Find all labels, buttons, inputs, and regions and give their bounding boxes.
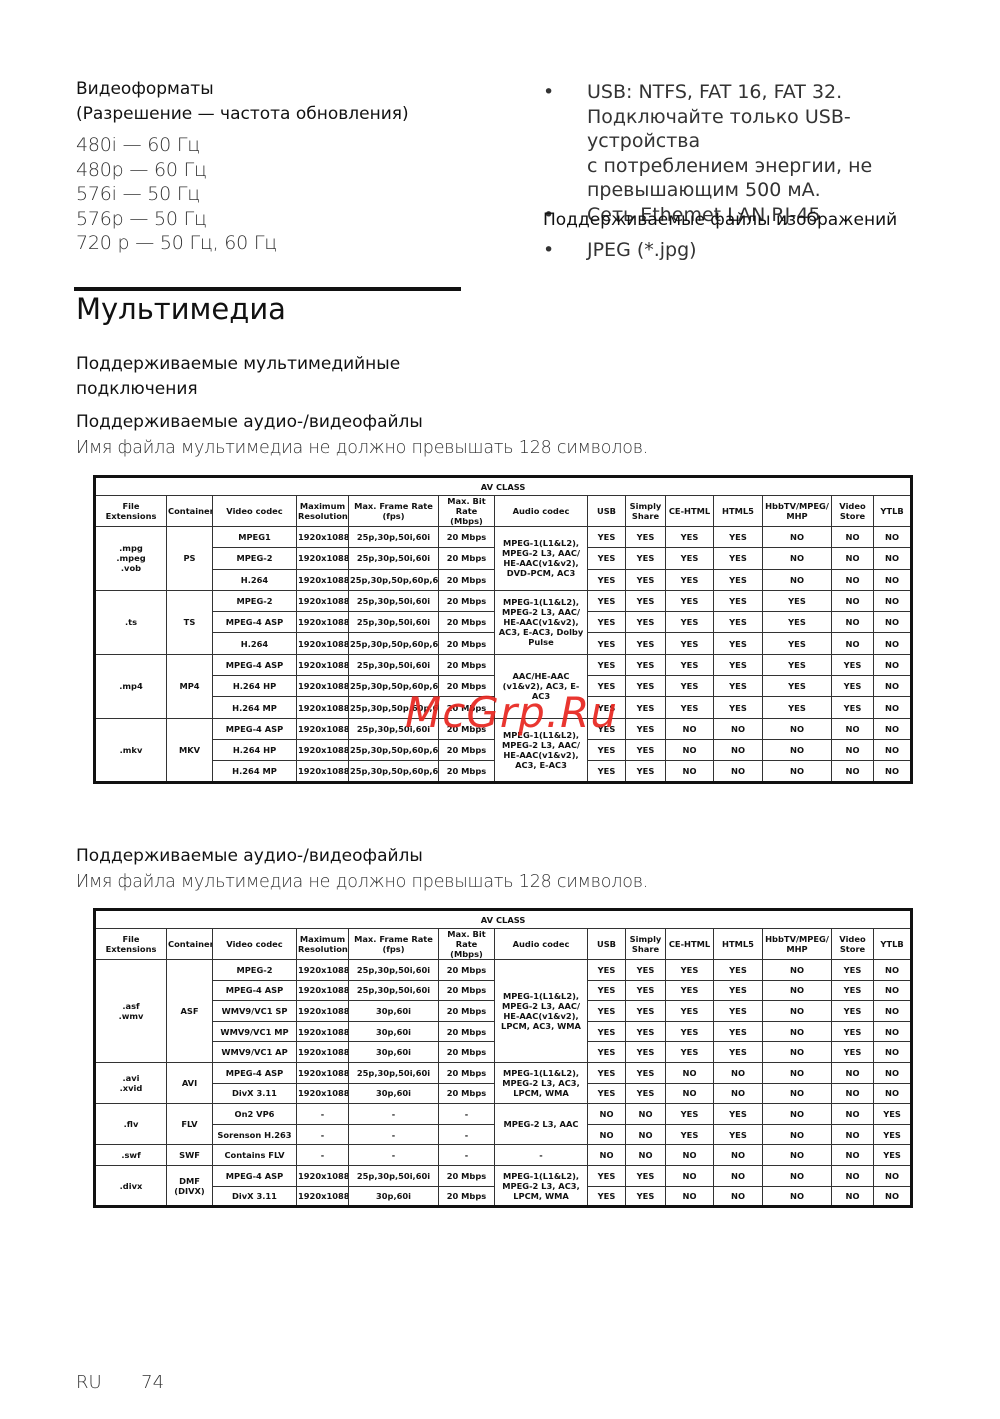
cell: MPEG-2 <box>213 548 297 569</box>
support-cell: YES <box>666 527 714 548</box>
cell: 20 Mbps <box>439 761 495 782</box>
cell: 30p,60i <box>349 1021 439 1042</box>
support-cell: NO <box>763 761 832 782</box>
support-cell: YES <box>588 590 626 611</box>
audio-codec-cell: MPEG-1(L1&L2), MPEG-2 L3, AC3, LPCM, WMA <box>495 1062 588 1103</box>
support-cell: NO <box>874 676 912 697</box>
support-cell: NO <box>714 761 763 782</box>
support-cell: YES <box>588 761 626 782</box>
bullet-line: превышающим 500 мА. <box>587 178 963 203</box>
support-cell: NO <box>763 569 832 590</box>
cell: - <box>349 1104 439 1125</box>
support-cell: YES <box>626 980 666 1001</box>
support-cell: NO <box>588 1145 626 1166</box>
support-cell: YES <box>588 633 626 654</box>
support-cell: NO <box>763 1186 832 1207</box>
support-cell: YES <box>626 548 666 569</box>
support-cell: NO <box>763 548 832 569</box>
support-cell: YES <box>714 1104 763 1125</box>
column-header: Container <box>167 496 213 527</box>
heading-line: Видеоформаты <box>76 77 409 102</box>
cell: - <box>439 1104 495 1125</box>
column-header: Video Store <box>832 929 874 960</box>
support-cell: YES <box>874 1145 912 1166</box>
support-cell: NO <box>666 761 714 782</box>
cell: - <box>439 1124 495 1145</box>
support-cell: NO <box>666 1145 714 1166</box>
cell: MPEG-2 <box>213 960 297 981</box>
cell: MPEG-4 ASP <box>213 654 297 675</box>
cell: 25p,30p,50p,60p,60i <box>349 569 439 590</box>
support-cell: NO <box>714 1083 763 1104</box>
support-cell: NO <box>832 1104 874 1125</box>
support-cell: NO <box>666 739 714 760</box>
container-cell: TS <box>167 590 213 654</box>
support-cell: NO <box>874 1021 912 1042</box>
cell: - <box>349 1124 439 1145</box>
cell: 25p,30p,50i,60i <box>349 612 439 633</box>
cell: 1920x1088 <box>297 654 349 675</box>
support-cell: YES <box>626 697 666 718</box>
support-cell: YES <box>714 633 763 654</box>
column-header: File Extensions <box>95 929 167 960</box>
cell: 20 Mbps <box>439 1042 495 1063</box>
support-cell: NO <box>874 1186 912 1207</box>
cell: MPEG-2 <box>213 590 297 611</box>
bullet-item-jpeg: • JPEG (*.jpg) <box>543 238 963 263</box>
cell: 1920x1088 <box>297 527 349 548</box>
cell: 20 Mbps <box>439 612 495 633</box>
cell: 20 Mbps <box>439 960 495 981</box>
cell: 1920x1088 <box>297 1042 349 1063</box>
cell: 20 Mbps <box>439 1186 495 1207</box>
footer-lang: RU <box>76 1372 102 1393</box>
support-cell: NO <box>874 1083 912 1104</box>
support-cell: YES <box>588 739 626 760</box>
audio-codec-cell: MPEG-2 L3, AAC <box>495 1104 588 1145</box>
image-files-heading: Поддерживаемые файлы изображений <box>543 208 897 233</box>
file-extension-cell: .avi.xvid <box>95 1062 167 1103</box>
av-table-1: AV CLASSFile ExtensionsContainerVideo co… <box>93 475 913 784</box>
audio-codec-cell: MPEG-1(L1&L2), MPEG-2 L3, AAC/ HE-AAC(v1… <box>495 527 588 591</box>
column-header: Audio codec <box>495 496 588 527</box>
cell: 1920x1088 <box>297 1021 349 1042</box>
audio-codec-cell: MPEG-1(L1&L2), MPEG-2 L3, AAC/ HE-AAC(v1… <box>495 590 588 654</box>
support-cell: YES <box>874 1124 912 1145</box>
column-header: Max. Bit Rate (Mbps) <box>439 496 495 527</box>
heading-line: (Разрешение — частота обновления) <box>76 102 409 127</box>
support-cell: YES <box>588 960 626 981</box>
support-cell: YES <box>714 527 763 548</box>
support-cell: YES <box>714 1001 763 1022</box>
column-header: Maximum Resolution <box>297 929 349 960</box>
support-cell: YES <box>832 676 874 697</box>
column-header-row: File ExtensionsContainerVideo codecMaxim… <box>95 496 912 527</box>
support-cell: YES <box>626 1083 666 1104</box>
cell: Contains FLV <box>213 1145 297 1166</box>
cell: 25p,30p,50i,60i <box>349 960 439 981</box>
container-cell: PS <box>167 527 213 591</box>
cell: Sorenson H.263 <box>213 1124 297 1145</box>
support-cell: YES <box>588 980 626 1001</box>
av-class-row: AV CLASS <box>95 910 912 929</box>
support-cell: YES <box>763 654 832 675</box>
bullet-line: с потреблением энергии, не <box>587 154 963 179</box>
support-cell: YES <box>588 527 626 548</box>
file-extension-cell: .mpg.mpeg.vob <box>95 527 167 591</box>
cell: 1920x1088 <box>297 697 349 718</box>
support-cell: NO <box>832 548 874 569</box>
support-cell: YES <box>588 548 626 569</box>
table-row: .avi.xvidAVIMPEG-4 ASP1920x108825p,30p,5… <box>95 1062 912 1083</box>
table-row: .mpg.mpeg.vobPSMPEG11920x108825p,30p,50i… <box>95 527 912 548</box>
cell: H.264 <box>213 569 297 590</box>
heading-line: подключения <box>76 377 400 402</box>
table-row: .asf.wmvASFMPEG-21920x108825p,30p,50i,60… <box>95 960 912 981</box>
audio-codec-cell: MPEG-1(L1&L2), MPEG-2 L3, AC3, LPCM, WMA <box>495 1165 588 1206</box>
cell: WMV9/VC1 MP <box>213 1021 297 1042</box>
support-cell: NO <box>832 1124 874 1145</box>
cell: 20 Mbps <box>439 1021 495 1042</box>
support-cell: NO <box>763 1165 832 1186</box>
table-row: .divxDMF(DIVX)MPEG-4 ASP1920x108825p,30p… <box>95 1165 912 1186</box>
support-cell: NO <box>832 1062 874 1083</box>
support-cell: NO <box>626 1104 666 1125</box>
support-cell: NO <box>874 569 912 590</box>
audio-codec-cell: MPEG-1(L1&L2), MPEG-2 L3, AAC/ HE-AAC(v1… <box>495 960 588 1063</box>
support-cell: NO <box>832 1145 874 1166</box>
support-cell: YES <box>763 612 832 633</box>
support-cell: YES <box>763 676 832 697</box>
support-cell: NO <box>874 980 912 1001</box>
support-cell: NO <box>874 739 912 760</box>
footer-page-number: 74 <box>141 1372 164 1393</box>
column-header: YTLB <box>874 496 912 527</box>
cell: 20 Mbps <box>439 1001 495 1022</box>
table-row: .flvFLVOn2 VP6---MPEG-2 L3, AACNONOYESYE… <box>95 1104 912 1125</box>
support-cell: YES <box>626 590 666 611</box>
cell: 1920x1088 <box>297 960 349 981</box>
usb-bullet-list: • USB: NTFS, FAT 16, FAT 32. Подключайте… <box>543 80 963 227</box>
support-cell: NO <box>714 1062 763 1083</box>
bullet-item-usb: • USB: NTFS, FAT 16, FAT 32. Подключайте… <box>543 80 963 203</box>
support-cell: NO <box>763 1104 832 1125</box>
cell: 20 Mbps <box>439 548 495 569</box>
column-header: Maximum Resolution <box>297 496 349 527</box>
support-cell: NO <box>832 1186 874 1207</box>
file-extension-cell: .mkv <box>95 718 167 782</box>
cell: 1920x1088 <box>297 1001 349 1022</box>
cell: 25p,30p,50p,60p,60i <box>349 739 439 760</box>
support-cell: NO <box>763 527 832 548</box>
cell: 20 Mbps <box>439 527 495 548</box>
support-cell: YES <box>714 960 763 981</box>
support-cell: NO <box>874 697 912 718</box>
support-cell: NO <box>714 1165 763 1186</box>
support-cell: NO <box>666 1062 714 1083</box>
support-cell: NO <box>763 718 832 739</box>
cell: 1920x1088 <box>297 548 349 569</box>
support-cell: NO <box>874 960 912 981</box>
column-header: HbbTV/MPEG/ MHP <box>763 929 832 960</box>
column-header: Video codec <box>213 929 297 960</box>
support-cell: YES <box>588 654 626 675</box>
bullet-line: JPEG (*.jpg) <box>587 238 963 263</box>
support-cell: YES <box>626 633 666 654</box>
column-header: Audio codec <box>495 929 588 960</box>
column-header: Video codec <box>213 496 297 527</box>
bullet-icon: • <box>543 238 554 263</box>
cell: 1920x1088 <box>297 676 349 697</box>
file-extension-cell: .mp4 <box>95 654 167 718</box>
support-cell: NO <box>714 1186 763 1207</box>
section-title: Мультимедиа <box>76 292 286 326</box>
video-format-item: 576i — 50 Гц <box>76 182 277 207</box>
av-files-heading-1: Поддерживаемые аудио-/видеофайлы <box>76 410 423 435</box>
cell: 1920x1088 <box>297 633 349 654</box>
support-cell: YES <box>666 612 714 633</box>
support-cell: YES <box>763 590 832 611</box>
support-cell: YES <box>626 1001 666 1022</box>
cell: 25p,30p,50p,60p,60i <box>349 761 439 782</box>
cell: 25p,30p,50p,60p,60i <box>349 633 439 654</box>
file-extension-cell: .swf <box>95 1145 167 1166</box>
support-cell: NO <box>763 1145 832 1166</box>
support-cell: NO <box>874 761 912 782</box>
support-cell: YES <box>588 1186 626 1207</box>
column-header: Video Store <box>832 496 874 527</box>
cell: 25p,30p,50i,60i <box>349 1165 439 1186</box>
support-cell: YES <box>714 676 763 697</box>
support-cell: NO <box>714 718 763 739</box>
support-cell: NO <box>763 1083 832 1104</box>
support-cell: NO <box>832 590 874 611</box>
av-class-row: AV CLASS <box>95 477 912 496</box>
support-cell: YES <box>626 1186 666 1207</box>
support-cell: YES <box>588 1001 626 1022</box>
cell: 30p,60i <box>349 1001 439 1022</box>
file-extension-cell: .flv <box>95 1104 167 1145</box>
support-cell: YES <box>626 612 666 633</box>
support-cell: YES <box>666 980 714 1001</box>
support-cell: NO <box>763 1124 832 1145</box>
file-extension-cell: .asf.wmv <box>95 960 167 1063</box>
cell: 20 Mbps <box>439 980 495 1001</box>
column-header: CE-HTML <box>666 929 714 960</box>
support-cell: YES <box>763 697 832 718</box>
support-cell: NO <box>763 1062 832 1083</box>
support-cell: YES <box>666 1001 714 1022</box>
support-cell: NO <box>874 1165 912 1186</box>
cell: 25p,30p,50i,60i <box>349 527 439 548</box>
support-cell: YES <box>666 676 714 697</box>
support-cell: YES <box>832 1042 874 1063</box>
bullet-line: Подключайте только USB-устройства <box>587 105 963 154</box>
support-cell: NO <box>874 590 912 611</box>
support-cell: YES <box>714 612 763 633</box>
av-class-header: AV CLASS <box>95 477 912 496</box>
support-cell: YES <box>714 569 763 590</box>
support-cell: YES <box>626 960 666 981</box>
support-cell: YES <box>626 654 666 675</box>
cell: 20 Mbps <box>439 569 495 590</box>
support-cell: YES <box>714 590 763 611</box>
column-header: CE-HTML <box>666 496 714 527</box>
support-cell: YES <box>714 980 763 1001</box>
av-table-2: AV CLASSFile ExtensionsContainerVideo co… <box>93 908 913 1208</box>
av-files-note-1: Имя файла мультимедиа не должно превышат… <box>76 436 648 461</box>
file-extension-cell: .divx <box>95 1165 167 1206</box>
support-cell: YES <box>588 612 626 633</box>
support-cell: YES <box>832 960 874 981</box>
column-header-row: File ExtensionsContainerVideo codecMaxim… <box>95 929 912 960</box>
support-cell: NO <box>832 569 874 590</box>
column-header: YTLB <box>874 929 912 960</box>
support-cell: YES <box>666 1021 714 1042</box>
support-cell: NO <box>666 1165 714 1186</box>
cell: - <box>349 1145 439 1166</box>
video-formats-heading: Видеоформаты (Разрешение — частота обнов… <box>76 77 409 127</box>
support-cell: YES <box>666 960 714 981</box>
support-cell: NO <box>874 1042 912 1063</box>
support-cell: YES <box>588 569 626 590</box>
cell: On2 VP6 <box>213 1104 297 1125</box>
support-cell: YES <box>714 697 763 718</box>
section-rule <box>74 287 461 291</box>
support-cell: YES <box>763 633 832 654</box>
cell: WMV9/VC1 AP <box>213 1042 297 1063</box>
column-header: USB <box>588 929 626 960</box>
support-cell: YES <box>666 1042 714 1063</box>
av-files-heading-2: Поддерживаемые аудио-/видеофайлы <box>76 844 423 869</box>
column-header: Simply Share <box>626 929 666 960</box>
support-cell: YES <box>626 1165 666 1186</box>
column-header: HTML5 <box>714 929 763 960</box>
container-cell: DMF(DIVX) <box>167 1165 213 1206</box>
support-cell: YES <box>626 761 666 782</box>
connections-heading: Поддерживаемые мультимедийные подключени… <box>76 352 400 402</box>
column-header: Container <box>167 929 213 960</box>
cell: 25p,30p,50i,60i <box>349 548 439 569</box>
container-cell: MP4 <box>167 654 213 718</box>
support-cell: YES <box>626 527 666 548</box>
cell: 1920x1088 <box>297 569 349 590</box>
container-cell: ASF <box>167 960 213 1063</box>
table-row: .swfSWFContains FLV----NONONONONONOYES <box>95 1145 912 1166</box>
support-cell: YES <box>874 1104 912 1125</box>
support-cell: YES <box>626 739 666 760</box>
support-cell: NO <box>832 718 874 739</box>
cell: H.264 <box>213 633 297 654</box>
av-class-header: AV CLASS <box>95 910 912 929</box>
column-header: HbbTV/MPEG/ MHP <box>763 496 832 527</box>
column-header: USB <box>588 496 626 527</box>
support-cell: YES <box>626 569 666 590</box>
video-format-item: 720 p — 50 Гц, 60 Гц <box>76 231 277 256</box>
support-cell: YES <box>832 697 874 718</box>
support-cell: YES <box>588 1062 626 1083</box>
support-cell: YES <box>714 1021 763 1042</box>
support-cell: NO <box>626 1145 666 1166</box>
footer: RU 74 <box>76 1372 164 1393</box>
column-header: Max. Frame Rate (fps) <box>349 929 439 960</box>
support-cell: NO <box>763 739 832 760</box>
watermark: McGrp.Ru <box>405 688 618 737</box>
video-format-item: 480p — 60 Гц <box>76 158 277 183</box>
cell: 20 Mbps <box>439 654 495 675</box>
cell: 25p,30p,50i,60i <box>349 654 439 675</box>
support-cell: NO <box>874 548 912 569</box>
support-cell: YES <box>666 590 714 611</box>
cell: 1920x1088 <box>297 1083 349 1104</box>
av-files-note-2: Имя файла мультимедиа не должно превышат… <box>76 870 648 895</box>
cell: - <box>439 1145 495 1166</box>
support-cell: NO <box>874 1062 912 1083</box>
container-cell: AVI <box>167 1062 213 1103</box>
support-cell: NO <box>832 527 874 548</box>
table-row: .tsTSMPEG-21920x108825p,30p,50i,60i20 Mb… <box>95 590 912 611</box>
support-cell: YES <box>832 1021 874 1042</box>
cell: - <box>297 1124 349 1145</box>
support-cell: YES <box>666 697 714 718</box>
container-cell: MKV <box>167 718 213 782</box>
support-cell: NO <box>763 1042 832 1063</box>
column-header: Simply Share <box>626 496 666 527</box>
support-cell: YES <box>666 654 714 675</box>
heading-line: Поддерживаемые мультимедийные <box>76 352 400 377</box>
cell: 20 Mbps <box>439 1165 495 1186</box>
support-cell: YES <box>832 1001 874 1022</box>
support-cell: YES <box>626 676 666 697</box>
support-cell: YES <box>832 980 874 1001</box>
support-cell: YES <box>666 1104 714 1125</box>
table-row: .mp4MP4MPEG-4 ASP1920x108825p,30p,50i,60… <box>95 654 912 675</box>
cell: WMV9/VC1 SP <box>213 1001 297 1022</box>
support-cell: NO <box>626 1124 666 1145</box>
support-cell: YES <box>626 1021 666 1042</box>
container-cell: SWF <box>167 1145 213 1166</box>
cell: 20 Mbps <box>439 1083 495 1104</box>
video-format-item: 576p — 50 Гц <box>76 207 277 232</box>
support-cell: YES <box>714 548 763 569</box>
support-cell: NO <box>763 1001 832 1022</box>
file-extension-cell: .ts <box>95 590 167 654</box>
cell: 25p,30p,50i,60i <box>349 590 439 611</box>
cell: - <box>297 1104 349 1125</box>
support-cell: YES <box>588 1165 626 1186</box>
cell: 30p,60i <box>349 1083 439 1104</box>
support-cell: NO <box>763 1021 832 1042</box>
cell: 20 Mbps <box>439 739 495 760</box>
support-cell: NO <box>832 1165 874 1186</box>
support-cell: NO <box>588 1104 626 1125</box>
cell: MPEG-4 ASP <box>213 612 297 633</box>
cell: 30p,60i <box>349 1186 439 1207</box>
cell: 1920x1088 <box>297 612 349 633</box>
column-header: Max. Bit Rate (Mbps) <box>439 929 495 960</box>
cell: H.264 MP <box>213 761 297 782</box>
cell: DivX 3.11 <box>213 1186 297 1207</box>
cell: MPEG-4 ASP <box>213 1062 297 1083</box>
support-cell: NO <box>832 1083 874 1104</box>
cell: 1920x1088 <box>297 1062 349 1083</box>
support-cell: YES <box>714 1042 763 1063</box>
bullet-line: USB: NTFS, FAT 16, FAT 32. <box>587 80 963 105</box>
bullet-icon: • <box>543 80 554 105</box>
support-cell: NO <box>763 960 832 981</box>
audio-codec-cell: - <box>495 1145 588 1166</box>
support-cell: NO <box>874 718 912 739</box>
